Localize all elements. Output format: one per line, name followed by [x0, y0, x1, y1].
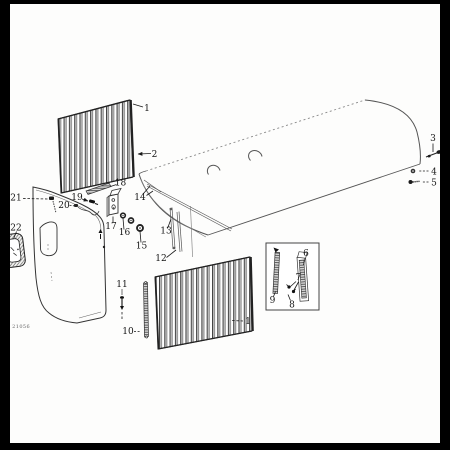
callout-14: 14 [134, 193, 146, 203]
screw-5 [409, 180, 420, 184]
callout-12: 12 [155, 254, 166, 264]
nut-15 [137, 225, 143, 231]
nut-16a [121, 213, 126, 218]
callout-8: 8 [289, 301, 295, 311]
hood-moldings [144, 180, 232, 257]
panel-bolt-lower [103, 246, 105, 248]
bolt-11 [120, 289, 124, 319]
bottom-black-border [0, 443, 450, 450]
callout-16: 16 [119, 228, 131, 238]
right-black-border [440, 0, 450, 450]
parts-diagram-page: 1 2 3 4 5 6 7 8 9 10 11 12 13 14 15 16 1… [0, 0, 450, 450]
nut-16b [129, 218, 134, 223]
callout-2: 2 [152, 150, 158, 160]
callout-1-bottom: 1 [245, 317, 251, 327]
callout-3: 3 [430, 134, 436, 144]
filler-cap-left [207, 165, 220, 174]
bracket-17 [107, 189, 121, 217]
callout-5: 5 [431, 179, 437, 189]
callout-4: 4 [431, 168, 437, 178]
support-rod [144, 282, 149, 339]
callout-19: 19 [71, 193, 83, 203]
callout-13: 13 [160, 227, 172, 237]
callout-21: 21 [10, 194, 21, 204]
right-fasteners [409, 150, 442, 184]
callout-17: 17 [105, 222, 117, 232]
callout-1-top: 1 [144, 104, 150, 114]
callout-18: 18 [115, 179, 127, 189]
bottom-grille-screen [155, 257, 253, 349]
callout-11: 11 [116, 280, 127, 290]
filler-cap-right [249, 150, 262, 160]
bolt-19 [89, 199, 96, 203]
clip-20 [74, 204, 78, 207]
bolt-21 [49, 197, 54, 201]
panel-bolt-upper [99, 229, 103, 239]
callout-20: 20 [58, 201, 70, 211]
diagram-canvas: 1 2 3 4 5 6 7 8 9 10 11 12 13 14 15 16 1… [0, 0, 450, 450]
panel-window-cutout [40, 222, 57, 256]
nut-4 [411, 169, 416, 174]
callout-6: 6 [303, 249, 309, 259]
callout-7: 7 [296, 273, 302, 283]
callout-10: 10 [122, 327, 134, 337]
top-black-border [0, 0, 450, 4]
callout-22: 22 [10, 224, 21, 234]
callout-15: 15 [136, 242, 148, 252]
left-black-border [0, 0, 10, 450]
callout-9: 9 [270, 296, 276, 306]
hood [139, 100, 420, 237]
